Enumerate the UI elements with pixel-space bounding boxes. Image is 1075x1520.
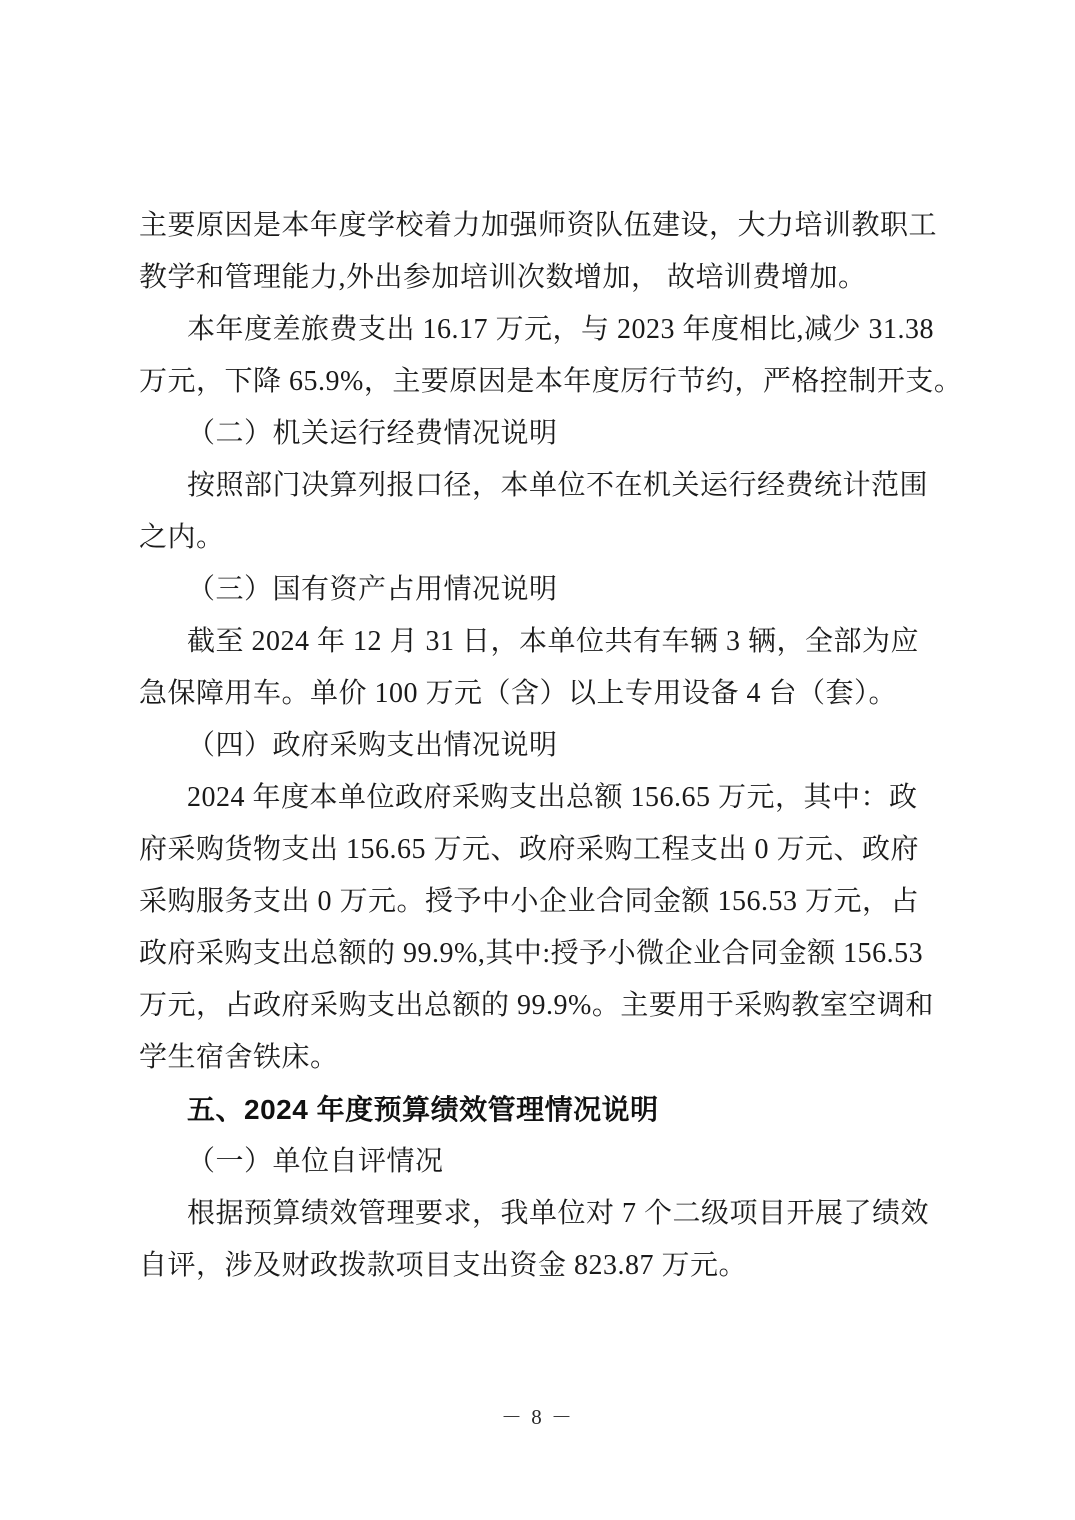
paragraph-line: 自评，涉及财政拨款项目支出资金 823.87 万元。 — [139, 1240, 944, 1292]
paragraph-line: 采购服务支出 0 万元。授予中小企业合同金额 156.53 万元，占 — [139, 876, 944, 928]
paragraph-line: 万元，占政府采购支出总额的 99.9%。主要用于采购教室空调和 — [139, 980, 944, 1032]
subsection-heading: （二）机关运行经费情况说明 — [139, 408, 944, 460]
paragraph-line: 根据预算绩效管理要求，我单位对 7 个二级项目开展了绩效 — [139, 1188, 944, 1240]
subsection-heading: （三）国有资产占用情况说明 — [139, 564, 944, 616]
subsection-heading: （四）政府采购支出情况说明 — [139, 720, 944, 772]
paragraph-line: 2024 年度本单位政府采购支出总额 156.65 万元，其中：政 — [139, 772, 944, 824]
section-heading: 五、2024 年度预算绩效管理情况说明 — [139, 1084, 944, 1136]
page-number: － 8 － — [0, 1402, 1075, 1432]
paragraph-line: 政府采购支出总额的 99.9%,其中:授予小微企业合同金额 156.53 — [139, 928, 944, 980]
paragraph-line: 万元，下降 65.9%，主要原因是本年度厉行节约，严格控制开支。 — [139, 356, 944, 408]
paragraph-line: 截至 2024 年 12 月 31 日，本单位共有车辆 3 辆，全部为应 — [139, 616, 944, 668]
paragraph-line: 府采购货物支出 156.65 万元、政府采购工程支出 0 万元、政府 — [139, 824, 944, 876]
paragraph-line: 之内。 — [139, 512, 944, 564]
paragraph-line: 教学和管理能力,外出参加培训次数增加， 故培训费增加。 — [139, 252, 944, 304]
paragraph-line: 按照部门决算列报口径，本单位不在机关运行经费统计范围 — [139, 460, 944, 512]
document-body: 主要原因是本年度学校着力加强师资队伍建设，大力培训教职工 教学和管理能力,外出参… — [139, 200, 944, 1292]
paragraph-line: 本年度差旅费支出 16.17 万元，与 2023 年度相比,减少 31.38 — [139, 304, 944, 356]
paragraph-line: 主要原因是本年度学校着力加强师资队伍建设，大力培训教职工 — [139, 200, 944, 252]
document-page: 主要原因是本年度学校着力加强师资队伍建设，大力培训教职工 教学和管理能力,外出参… — [0, 0, 1075, 1520]
subsection-heading: （一）单位自评情况 — [139, 1136, 944, 1188]
paragraph-line: 急保障用车。单价 100 万元（含）以上专用设备 4 台（套）。 — [139, 668, 944, 720]
paragraph-line: 学生宿舍铁床。 — [139, 1032, 944, 1084]
